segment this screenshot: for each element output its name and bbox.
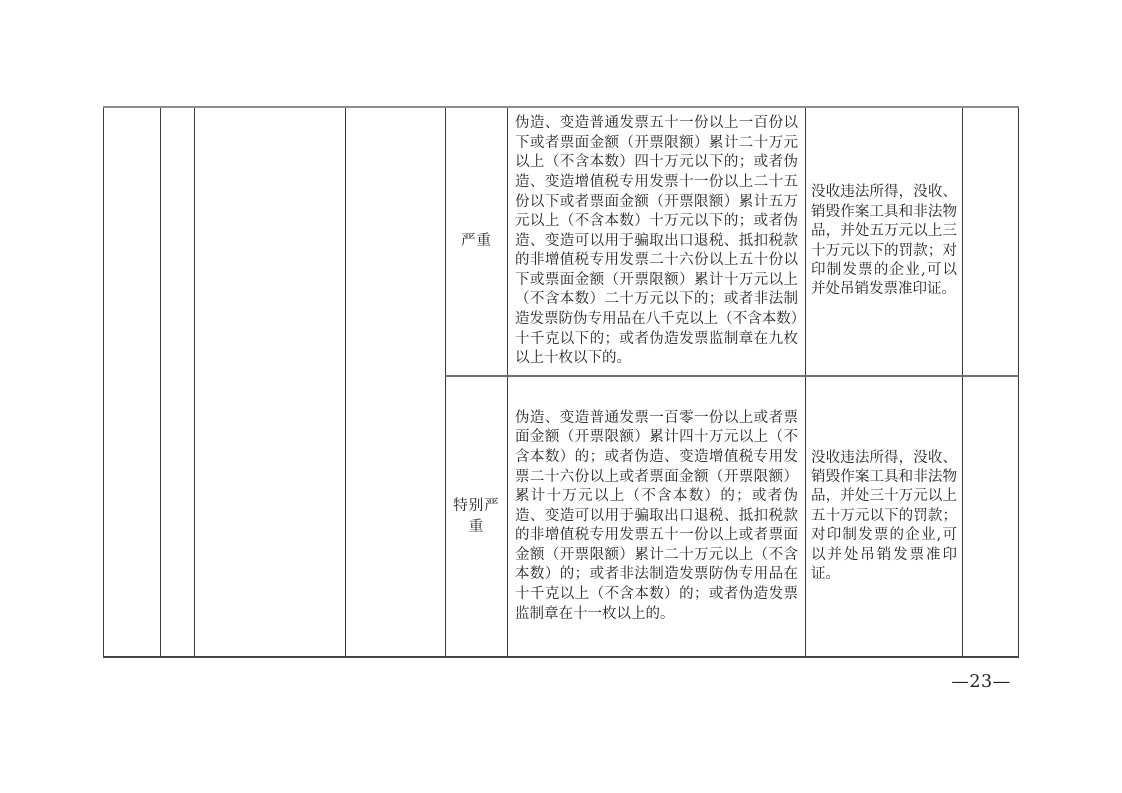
penalty-cell-severe: 没收违法所得，没收、销毁作案工具和非法物品，并处五万元以上三十万元以下的罚款；对…: [806, 107, 963, 376]
penalty-cell-extremely-severe: 没收违法所得，没收、销毁作案工具和非法物品，并处三十万元以上五十万元以下的罚款；…: [806, 376, 963, 657]
table-row-severe: 严重 伪造、变造普通发票五十一份以上一百份以下或者票面金额（开票限额）累计二十万…: [104, 107, 1019, 376]
violation-cell-extremely-severe: 伪造、变造普通发票一百零一份以上或者票面金额（开票限额）累计四十万元以上（不含本…: [508, 376, 806, 657]
empty-cell-col1: [104, 107, 161, 657]
empty-cell-col3: [195, 107, 346, 657]
violation-cell-severe: 伪造、变造普通发票五十一份以上一百份以下或者票面金额（开票限额）累计二十万元以上…: [508, 107, 806, 376]
empty-cell-col8-row2: [963, 376, 1019, 657]
empty-cell-col8-row1: [963, 107, 1019, 376]
document-page: { "document": { "page_number": "—23—" },…: [0, 0, 1122, 793]
page-number: —23—: [941, 672, 1021, 692]
penalty-table: 严重 伪造、变造普通发票五十一份以上一百份以下或者票面金额（开票限额）累计二十万…: [103, 106, 1019, 658]
empty-cell-col4: [346, 107, 446, 657]
severity-cell-severe: 严重: [446, 107, 508, 376]
severity-cell-extremely-severe: 特别严重: [446, 376, 508, 657]
empty-cell-col2: [161, 107, 195, 657]
